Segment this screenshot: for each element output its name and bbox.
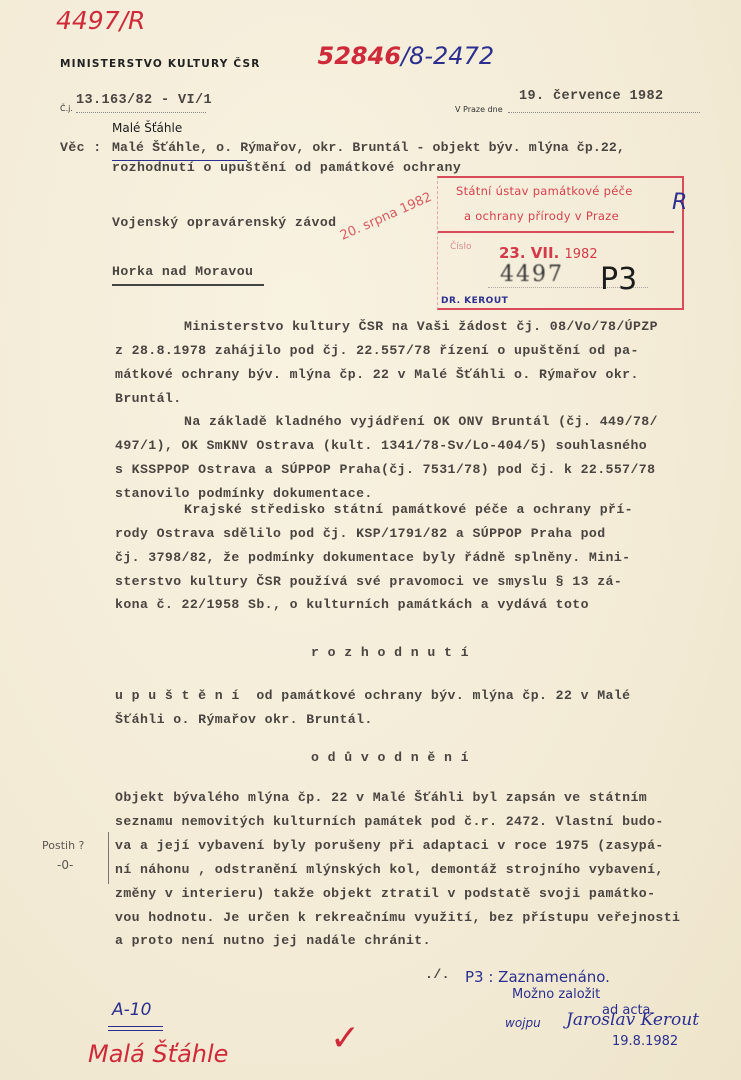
stamp-institution-line-2: a ochrany přírody v Praze xyxy=(464,209,619,223)
stamp-cislo-label: Číslo xyxy=(450,242,471,252)
justification-line-6: vou hodnotu. Je určen k rekreačnímu využ… xyxy=(115,910,680,925)
closing-note-line-2: Možno založit xyxy=(512,987,600,1002)
handwritten-p3-mark: P3 xyxy=(600,262,637,297)
para1-line-2: z 28.8.1978 zahájilo pod čj. 22.557/78 ř… xyxy=(115,343,639,358)
justification-line-3: va a její vybavení byly porušeny při ada… xyxy=(115,838,664,853)
para1-line-1: Ministerstvo kultury ČSR na Vaši žádost … xyxy=(184,319,658,334)
ref-prefix: Č.j. xyxy=(60,104,73,113)
ref-number: 13.163/82 - VI/1 xyxy=(76,93,212,108)
handwritten-archive-ref: 52846/8-2472 xyxy=(287,14,494,98)
margin-note-mark: -0- xyxy=(57,858,73,872)
decision-line-2: Šťáhli o. Rýmařov okr. Bruntál. xyxy=(115,712,373,727)
closing-note-line-1: P3 : Zaznamenáno. xyxy=(465,968,610,986)
enclosure-mark: ./. xyxy=(425,967,450,982)
justification-line-4: ní náhonu , odstranění mlýnských kol, de… xyxy=(115,862,664,877)
subject-line-1: Malé Šťáhle, o. Rýmařov, okr. Bruntál - … xyxy=(112,140,625,155)
date-dotline xyxy=(508,112,700,113)
check-mark-icon: ✓ xyxy=(330,1018,360,1059)
archive-ref-blue: /8-2472 xyxy=(401,42,494,70)
para2-line-3: s KSSPPOP Ostrava a SÚPPOP Praha(čj. 753… xyxy=(115,462,655,477)
stamp-date: 23. VII. 1982 xyxy=(499,244,598,262)
handwritten-subject-correction: Malé Šťáhle xyxy=(112,121,182,135)
signed-date: 19.8.1982 xyxy=(612,1034,678,1049)
justification-line-5: změny v interieru) takže objekt ztratil … xyxy=(115,886,655,901)
signature-prefix: wojpu xyxy=(505,1016,541,1030)
decision-line-1: u p u š t ě n í od památkové ochrany býv… xyxy=(115,688,630,703)
signature: Jaroslav Kerout xyxy=(566,1010,699,1030)
location-handwritten-red: Malá Šťáhle xyxy=(88,1040,228,1068)
para2-line-1: Na základě kladného vyjádření OK ONV Bru… xyxy=(184,414,658,429)
para3-line-5: kona č. 22/1958 Sb., o kulturních památk… xyxy=(115,597,589,612)
stamp-registry-number: 4497 xyxy=(500,262,564,287)
letter-date: 19. července 1982 xyxy=(519,89,664,104)
addressee-line-1: Vojenský opravárenský závod xyxy=(112,215,336,230)
para1-line-3: mátkové ochrany býv. mlýna čp. 22 v Malé… xyxy=(115,367,639,382)
addressee-underline xyxy=(112,284,264,286)
margin-note: Postih ? xyxy=(42,839,84,852)
stamp-date-day: 23. VII. xyxy=(499,244,559,262)
stamp-divider xyxy=(438,231,674,233)
stamp-date-year: 1982 xyxy=(565,247,598,262)
archive-code-underline-1 xyxy=(108,1026,163,1027)
ref-dotline xyxy=(76,112,206,113)
justification-heading: o d ů v o d n ě n í xyxy=(311,750,469,765)
document-page: 4497/R 52846/8-2472 MINISTERSTVO KULTURY… xyxy=(0,0,741,1080)
subject-label: Věc : xyxy=(60,140,102,155)
archive-ref-red: 52846 xyxy=(318,42,402,70)
handwritten-file-ref: 4497/R xyxy=(56,6,145,35)
place-label: V Praze dne xyxy=(455,105,503,114)
addressee-line-2: Horka nad Moravou xyxy=(112,264,253,279)
decision-heading: r o z h o d n u t í xyxy=(311,645,469,660)
para3-line-1: Krajské středisko státní památkové péče … xyxy=(184,502,633,517)
para3-line-3: čj. 3798/82, že podmínky dokumentace byl… xyxy=(115,550,630,565)
para1-line-4: Bruntál. xyxy=(115,391,182,406)
justification-line-1: Objekt bývalého mlýna čp. 22 v Malé Šťáh… xyxy=(115,790,647,805)
archive-code: A-10 xyxy=(112,1000,151,1020)
margin-bracket xyxy=(108,832,109,884)
justification-line-2: seznamu nemovitých kulturních památek po… xyxy=(115,814,664,829)
subject-blue-underline xyxy=(112,160,247,161)
received-stamp: Státní ústav památkové péče a ochrany př… xyxy=(437,176,684,310)
stamp-assignee: DR. KEROUT xyxy=(441,296,508,306)
handwritten-initial: R xyxy=(672,190,687,215)
justification-line-7: a proto není nutno jej nadále chránit. xyxy=(115,933,431,948)
archive-code-underline-2 xyxy=(108,1030,163,1031)
para2-line-2: 497/1), OK SmKNV Ostrava (kult. 1341/78-… xyxy=(115,438,647,453)
para2-line-4: stanovilo podmínky dokumentace. xyxy=(115,486,373,501)
subject-line-2: rozhodnutí o upuštění od památkové ochra… xyxy=(112,160,461,175)
stamp-institution-line-1: Státní ústav památkové péče xyxy=(456,184,633,198)
letterhead-issuer: MINISTERSTVO KULTURY ČSR xyxy=(60,58,261,70)
para3-line-2: rody Ostrava sdělilo pod čj. KSP/1791/82… xyxy=(115,526,606,541)
diagonal-receipt-stamp: 20. srpna 1982 xyxy=(338,190,434,244)
para3-line-4: sterstvo kultury ČSR používá své pravomo… xyxy=(115,574,622,589)
